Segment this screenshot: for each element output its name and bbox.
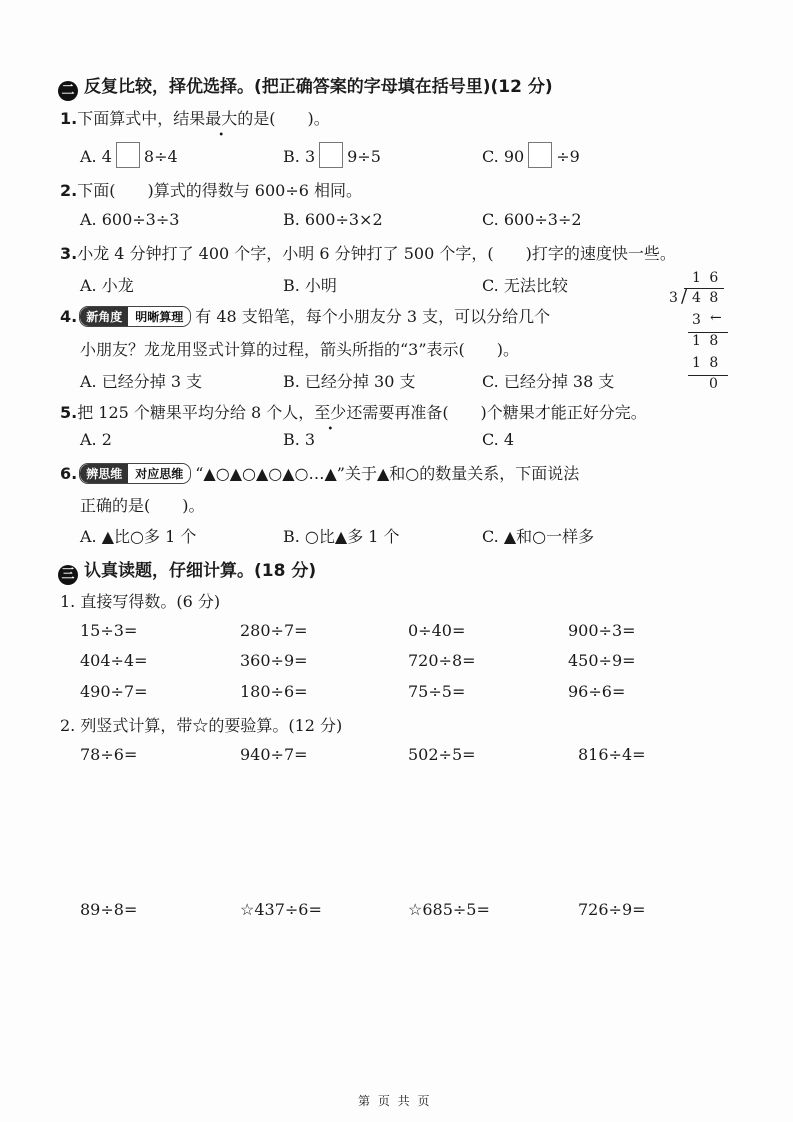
calc-item: 900÷3= [568,621,636,640]
step2: 1 8 [692,355,720,371]
q6-option-c: C. ▲和○一样多 [482,524,594,547]
step1: 3 [692,312,701,328]
part-2-title: 2. 列竖式计算，带☆的要验算。(12 分) [60,713,342,736]
calc-item: 404÷4= [80,651,148,670]
q1-option-c: C. 90÷9 [482,142,580,168]
q6-option-b: B. ○比▲多 1 个 [283,524,400,547]
vertical-calc-item: 78÷6= [80,745,137,764]
divisor: 3 [669,290,678,306]
remainder1: 1 8 [692,333,720,349]
q3-option-c: C. 无法比较 [482,273,568,296]
question-2: 2.下面( )算式的得数与 600÷6 相同。 [60,178,362,201]
question-5: 5.把 125 个糖果平均分给 8 个人，至少还需要再准备( )个糖果才能正好分… [60,400,647,423]
section-2-heading: 二反复比较，择优选择。(把正确答案的字母填在括号里)(12 分) [58,72,553,101]
calc-item: 450÷9= [568,651,636,670]
calc-item: 490÷7= [80,682,148,701]
q5-option-c: C. 4 [482,430,514,449]
page-footer: 第 页 共 页 [358,1092,431,1109]
question-4: 4.新角度明晰算理有 48 支铅笔，每个小朋友分 3 支，可以分给几个 [60,304,550,327]
vertical-calc-item: 726÷9= [578,900,646,919]
question-6: 6.辨思维对应思维“▲○▲○▲○▲○…▲”关于▲和○的数量关系，下面说法 [60,461,579,484]
q2-option-c: C. 600÷3÷2 [482,210,582,229]
calc-item: 720÷8= [408,651,476,670]
arrow-icon: ← [710,310,722,326]
section-number-badge: 三 [58,565,78,585]
calc-item: 0÷40= [408,621,465,640]
tag-thinking: 辨思维对应思维 [79,463,191,484]
calc-item: 360÷9= [240,651,308,670]
division-bracket-icon: / [681,286,687,307]
calc-item: 15÷3= [80,621,137,640]
vertical-calc-item: 940÷7= [240,745,308,764]
q5-option-b: B. 3 [283,430,315,449]
tag-new-angle: 新角度明晰算理 [79,306,191,327]
section-3-heading: 三认真读题，仔细计算。(18 分) [58,556,316,585]
emphasis-text: 最大 [205,109,237,128]
q3-option-a: A. 小龙 [80,273,134,296]
calc-item: 180÷6= [240,682,308,701]
calc-item: 75÷5= [408,682,465,701]
q2-option-a: A. 600÷3÷3 [80,210,179,229]
vertical-calc-item: 89÷8= [80,900,137,919]
q4-option-b: B. 已经分掉 30 支 [283,369,415,392]
calc-item: 280÷7= [240,621,308,640]
vertical-calc-item: 502÷5= [408,745,476,764]
question-6-line2: 正确的是( )。 [80,493,205,516]
part-1-title: 1. 直接写得数。(6 分) [60,589,220,612]
question-3: 3.小龙 4 分钟打了 400 个字，小明 6 分钟打了 500 个字，( )打… [60,241,676,264]
question-1: 1.下面算式中，结果最大的是( )。 [60,106,330,129]
q5-option-a: A. 2 [80,430,112,449]
q2-option-b: B. 600÷3×2 [283,210,383,229]
answer-blank-box[interactable] [528,142,552,168]
q4-option-c: C. 已经分掉 38 支 [482,369,614,392]
section-title: 反复比较，择优选择。(把正确答案的字母填在括号里)(12 分) [84,77,553,97]
q3-option-b: B. 小明 [283,273,337,296]
q4-option-a: A. 已经分掉 3 支 [80,369,202,392]
vertical-calc-item: ☆685÷5= [408,900,490,919]
q6-option-a: A. ▲比○多 1 个 [80,524,196,547]
vertical-calc-item: ☆437÷6= [240,900,322,919]
dividend: 4 8 [692,290,720,306]
final-remainder: 0 [709,376,718,392]
quotient: 1 6 [692,270,720,286]
emphasis-text: 至少 [314,403,346,422]
vertical-calc-item: 816÷4= [578,745,646,764]
question-4-line2: 小朋友？龙龙用竖式计算的过程，箭头所指的“3”表示( )。 [80,337,519,360]
answer-blank-box[interactable] [116,142,140,168]
calc-item: 96÷6= [568,682,625,701]
q1-option-b: B. 39÷5 [283,142,381,168]
section-number-badge: 二 [58,81,78,101]
q1-option-a: A. 48÷4 [80,142,178,168]
answer-blank-box[interactable] [319,142,343,168]
section-title: 认真读题，仔细计算。(18 分) [84,561,316,581]
